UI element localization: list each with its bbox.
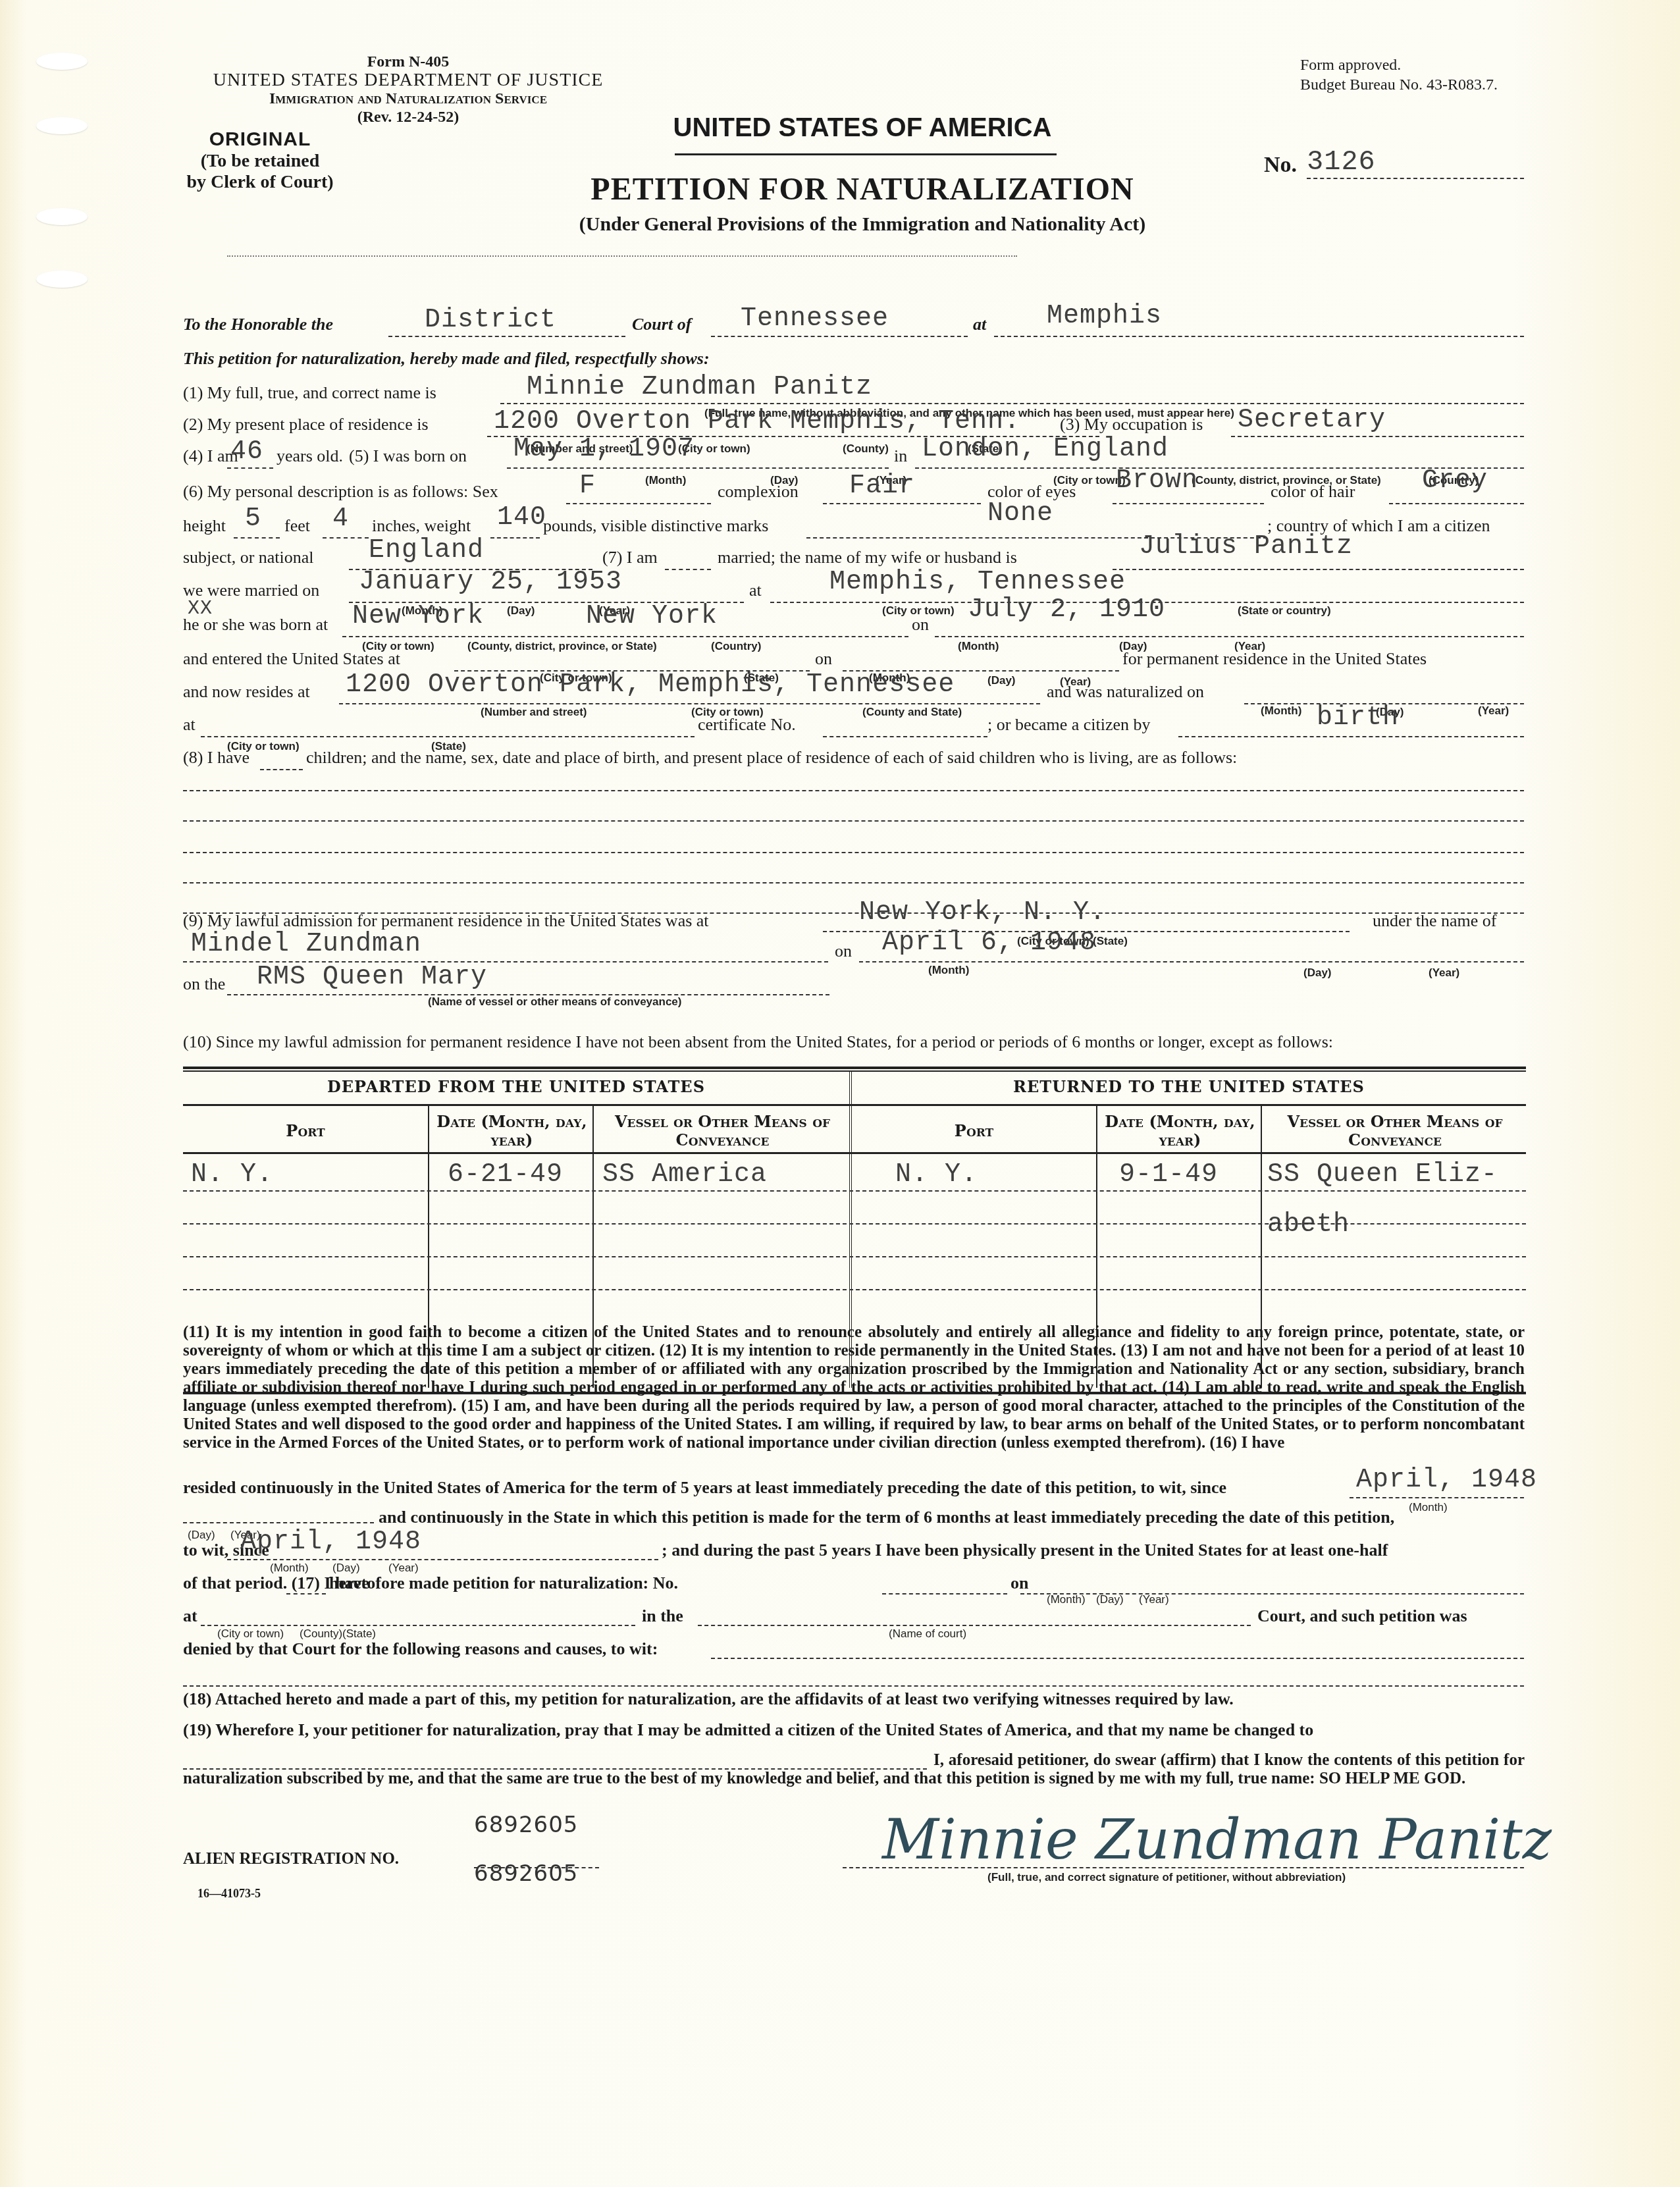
marriage-place-field[interactable]: Memphis, Tennessee (829, 567, 1126, 597)
became-citizen-label: ; or became a citizen by (987, 715, 1151, 735)
p17-denied: denied by that Court for the following r… (183, 1639, 658, 1659)
punch-hole (36, 208, 88, 225)
entered-on-label: on (815, 649, 832, 669)
caption-month: (Month) (1261, 704, 1301, 718)
caption-day: (Day) (987, 674, 1016, 687)
table-row-line (183, 1289, 1526, 1290)
p18: (18) Attached hereto and made a part of … (183, 1689, 1234, 1709)
p17-mid: heretofore made petition for naturalizat… (329, 1573, 678, 1593)
children-line[interactable] (183, 820, 1524, 822)
col-port-returned: Port (852, 1122, 1096, 1140)
born-in-label: in (894, 446, 907, 466)
departed-header: DEPARTED FROM THE UNITED STATES (183, 1077, 849, 1096)
age-field[interactable]: 46 (230, 437, 263, 467)
p17-at: at (183, 1606, 197, 1626)
admission-name-field[interactable]: Mindel Zundman (191, 930, 421, 959)
nationality-field[interactable]: England (369, 536, 484, 566)
punch-hole (36, 271, 88, 288)
q4-suffix: years old. (276, 446, 343, 466)
spouse-birth-date-field[interactable]: July 2, 1910 (968, 595, 1165, 625)
document-page: Form N-405 UNITED STATES DEPARTMENT OF J… (0, 0, 1680, 2187)
feet-label: feet (284, 516, 310, 536)
p16-cont: and continuously in the State in which t… (379, 1508, 1394, 1527)
caption-month: (Month) (270, 1562, 309, 1575)
court-state-field[interactable]: Tennessee (741, 304, 889, 334)
caption-court-name: (Name of court) (889, 1627, 966, 1641)
petitioner-signature[interactable]: Minnie Zundman Panitz (882, 1807, 1552, 1872)
marks-label: pounds, visible distinctive marks (543, 516, 768, 536)
q3-label: (3) My occupation is (1060, 415, 1203, 435)
caption-county: (County) (300, 1627, 342, 1641)
signature-caption: (Full, true, and correct signature of pe… (987, 1871, 1346, 1884)
caption-month: (Month) (958, 640, 999, 653)
height-feet-field[interactable]: 5 (245, 504, 261, 534)
naturalized-label: and was naturalized on (1047, 682, 1204, 702)
spouse-residence-field[interactable]: 1200 Overton Park, Memphis, Tennessee (346, 670, 955, 700)
caption-year: (Year) (1429, 966, 1459, 980)
height-label: height (183, 516, 226, 536)
admission-on-label: on (835, 941, 852, 961)
p16-end: ; and during the past 5 years I have bee… (662, 1541, 1388, 1560)
statements-11-16: (11) It is my intention in good faith to… (183, 1323, 1525, 1452)
approval-block: Form approved. Budget Bureau No. 43-R083… (1300, 55, 1498, 95)
spouse-born-label: he or she was born at (183, 615, 328, 635)
resided-since-field[interactable]: April, 1948 (1356, 1465, 1537, 1495)
inches-weight-label: inches, weight (372, 516, 471, 536)
spouse-name-field[interactable]: Julius Panitz (1139, 532, 1353, 562)
punch-hole (36, 117, 88, 134)
col-date-departed: Date (Month, day, year) (434, 1113, 589, 1149)
caption-country: (Country) (711, 640, 761, 653)
agency-block: Form N-405 UNITED STATES DEPARTMENT OF J… (158, 53, 658, 126)
hair-color-field[interactable]: Grey (1422, 466, 1488, 496)
occupation-field[interactable]: Secretary (1238, 406, 1386, 435)
caption-county: (County) (843, 442, 889, 456)
state-since-field[interactable]: April, 1948 (240, 1527, 421, 1557)
hair-label: color of hair (1271, 482, 1355, 502)
caption-month: (Month) (928, 964, 969, 977)
admission-vessel-field[interactable]: RMS Queen Mary (257, 962, 487, 992)
caption-month: (Month) (645, 474, 686, 487)
form-number: Form N-405 (158, 53, 658, 71)
original-label: ORIGINAL (178, 128, 342, 151)
subject-label: subject, or national (183, 548, 314, 567)
weight-field[interactable]: 140 (497, 503, 546, 533)
eye-color-field[interactable]: Brown (1116, 466, 1198, 496)
certificate-label: certificate No. (698, 715, 796, 735)
p19-oath: I, aforesaid petitioner, do swear (affir… (183, 1751, 1525, 1788)
original-block: ORIGINAL (To be retained by Clerk of Cou… (178, 128, 342, 193)
caption-number-street: (Number and street) (481, 706, 587, 719)
birth-place-field[interactable]: London, England (922, 435, 1168, 464)
entered-label: and entered the United States at (183, 649, 400, 669)
at-label: at (183, 715, 196, 735)
complexion-field[interactable]: Fair (849, 471, 915, 501)
court-of-label: Court of (632, 315, 691, 334)
p16-line: resided continuously in the United State… (183, 1478, 1226, 1498)
resides-label: and now resides at (183, 682, 310, 702)
caption-county-state: (County and State) (862, 706, 962, 719)
spouse-birth-state-field[interactable]: New York (586, 602, 718, 631)
birth-date-field[interactable]: May 1, 1907 (513, 435, 695, 464)
row1-depart-vessel[interactable]: SS America (602, 1160, 767, 1190)
p17-on: on (1011, 1573, 1028, 1593)
entered-suffix: for permanent residence in the United St… (1122, 649, 1427, 669)
caption-day: (Day) (1096, 1593, 1124, 1606)
q7-label: (7) I am (602, 548, 658, 567)
alien-reg-label: ALIEN REGISTRATION NO. (183, 1850, 399, 1868)
children-line[interactable] (183, 790, 1524, 791)
q7-suffix: married; the name of my wife or husband … (718, 548, 1017, 567)
row1-depart-port[interactable]: N. Y. (191, 1160, 273, 1190)
court-city-field[interactable]: Memphis (1047, 302, 1162, 331)
col-vessel-departed: Vessel or Other Means of Conveyance (596, 1113, 849, 1149)
caption-day: (Day) (332, 1562, 360, 1575)
table-row-line (183, 1223, 1526, 1225)
q8-label: (8) I have (183, 748, 249, 768)
petition-intro: This petition for naturalization, hereby… (183, 349, 710, 369)
col-vessel-returned: Vessel or Other Means of Conveyance (1264, 1113, 1526, 1149)
q9-label: (9) My lawful admission for permanent re… (183, 911, 709, 931)
approval-line2: Budget Bureau No. 43-R083.7. (1300, 75, 1498, 95)
q8-text: children; and the name, sex, date and pl… (306, 748, 1237, 768)
caption-day: (Day) (1303, 966, 1332, 980)
caption-vessel: (Name of vessel or other means of convey… (428, 995, 681, 1009)
distinctive-marks-field[interactable]: None (987, 499, 1053, 529)
punch-hole (36, 53, 88, 70)
heading-rule (675, 153, 1057, 155)
q5-label: (5) I was born on (349, 446, 467, 466)
caption-month: (Month) (1409, 1501, 1448, 1514)
country-heading: UNITED STATES OF AMERICA (592, 113, 1132, 143)
approval-line1: Form approved. (1300, 55, 1498, 75)
row1-return-date[interactable]: 9-1-49 (1119, 1160, 1218, 1190)
petition-number-label: No. (1264, 153, 1297, 178)
residence-field[interactable]: 1200 Overton Park Memphis, Tenn. (494, 407, 1020, 436)
q10-text: (10) Since my lawful admission for perma… (183, 1032, 1333, 1052)
children-line[interactable] (183, 852, 1524, 853)
caption-state: (State) (1093, 935, 1128, 948)
col-date-returned: Date (Month, day, year) (1099, 1113, 1261, 1149)
row1-return-vessel[interactable]: SS Queen Eliz- (1267, 1160, 1498, 1190)
caption-year: (Year) (1478, 704, 1509, 718)
caption-county-district: (County, district, province, or State) (467, 640, 657, 653)
department-name: UNITED STATES DEPARTMENT OF JUSTICE (158, 71, 658, 90)
vessel-label: on the (183, 974, 225, 994)
married-at-label: at (749, 581, 762, 600)
document-subtitle: (Under General Provisions of the Immigra… (461, 213, 1264, 236)
alien-reg-value-top: 6892605 (474, 1812, 578, 1838)
p17-court: Court, and such petition was (1257, 1606, 1467, 1626)
document-title: PETITION FOR NATURALIZATION (500, 171, 1224, 207)
citizen-by-field[interactable]: birth (1317, 703, 1399, 733)
complexion-label: complexion (718, 482, 799, 502)
caption-month: (Month) (1047, 1593, 1086, 1606)
row1-return-port[interactable]: N. Y. (895, 1160, 978, 1190)
q2-label: (2) My present place of residence is (183, 415, 429, 435)
alien-reg-value-bottom[interactable]: 6892605 (474, 1860, 578, 1887)
caption-year: (Year) (388, 1562, 419, 1575)
children-line[interactable] (183, 882, 1524, 883)
p17-in-the: in the (642, 1606, 683, 1626)
admission-date-field[interactable]: April 6, 1948 (882, 928, 1096, 958)
p19-start: (19) Wherefore I, your petitioner for na… (183, 1720, 1313, 1740)
table-row-line (183, 1190, 1526, 1192)
full-name-field[interactable]: Minnie Zundman Panitz (527, 373, 872, 402)
under-name-label: under the name of (1373, 911, 1496, 931)
row1-depart-date[interactable]: 6-21-49 (448, 1160, 563, 1190)
retained-line2: by Clerk of Court) (178, 172, 342, 193)
q1-label: (1) My full, true, and correct name is (183, 383, 436, 403)
caption-state: (State) (342, 1627, 376, 1641)
table-row-line (183, 1256, 1526, 1257)
court-at-label: at (973, 315, 986, 334)
col-port-departed: Port (183, 1122, 428, 1140)
caption-day: (Day) (507, 604, 535, 618)
row2-return-vessel[interactable]: abeth (1267, 1210, 1350, 1240)
caption-day: (Day) (188, 1529, 215, 1542)
caption-year: (Year) (1139, 1593, 1169, 1606)
revision-date: (Rev. 12-24-52) (158, 108, 658, 126)
returned-header: RETURNED TO THE UNITED STATES (852, 1077, 1526, 1096)
court-type-field[interactable]: District (425, 305, 556, 335)
court-prefix: To the Honorable the (183, 315, 333, 334)
sex-field[interactable]: F (579, 471, 596, 501)
marriage-date-field[interactable]: January 25, 1953 (359, 567, 622, 597)
admission-place-field[interactable]: New York, N. Y. (859, 898, 1106, 928)
print-code: 16—41073-5 (197, 1887, 261, 1901)
q6-label: (6) My personal description is as follow… (183, 482, 498, 502)
height-inches-field[interactable]: 4 (332, 504, 349, 534)
spouse-birth-city-field[interactable]: New York (352, 602, 484, 631)
service-name: Immigration and Naturalization Service (158, 90, 658, 108)
spouse-born-on-label: on (912, 615, 929, 635)
petition-number-value[interactable]: 3126 (1307, 146, 1376, 178)
caption-city: (City or town) (217, 1627, 284, 1641)
caption-state-country: (State or country) (1238, 604, 1331, 618)
retained-line1: (To be retained (178, 151, 342, 172)
